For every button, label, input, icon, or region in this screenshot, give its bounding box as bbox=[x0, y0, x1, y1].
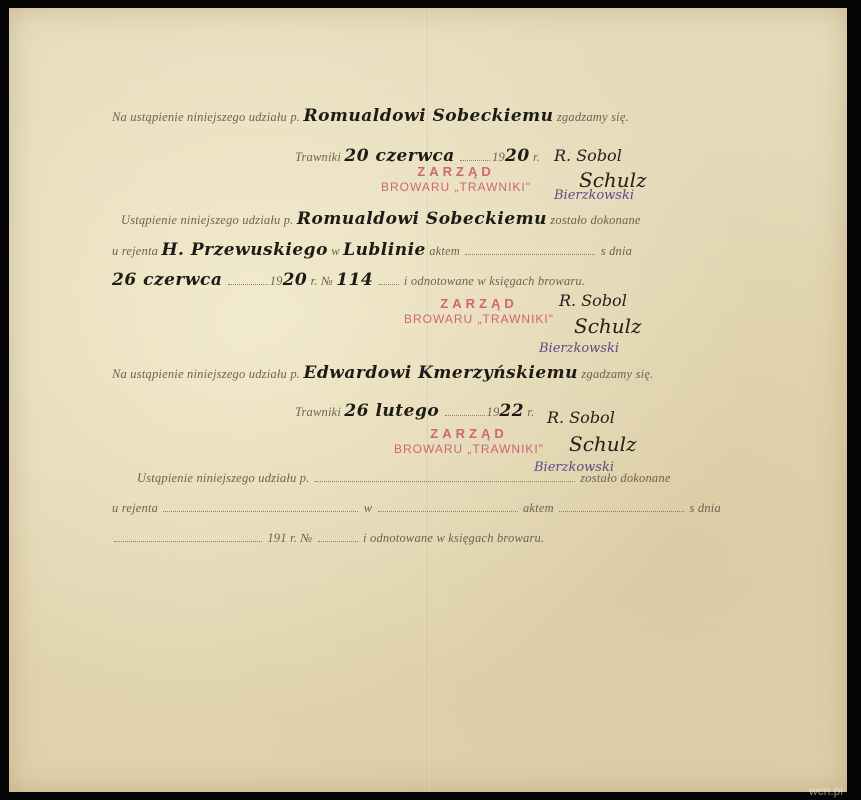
signature-sobol-3: R. Sobol bbox=[547, 408, 615, 427]
place: Trawniki bbox=[295, 150, 341, 164]
completed-prefix: Ustąpienie niniejszego udziału p. bbox=[137, 471, 310, 485]
completed-line-1: Ustąpienie niniejszego udziału p. Romual… bbox=[121, 209, 641, 229]
signature-schulz-2: Schulz bbox=[574, 314, 642, 338]
place: Trawniki bbox=[295, 405, 341, 419]
record-date: 26 czerwca bbox=[112, 270, 222, 290]
number-label: № bbox=[300, 531, 312, 545]
year-suffix: 22 bbox=[499, 401, 524, 421]
year-prefix: 19 bbox=[492, 150, 505, 164]
consent-suffix: zgadzamy się. bbox=[581, 367, 653, 381]
transferee-name: Romualdowi Sobeckiemu bbox=[297, 209, 547, 229]
date-day-month: 20 czerwca bbox=[344, 146, 454, 166]
completed-suffix: zostało dokonane bbox=[550, 213, 640, 227]
document-page: Na ustąpienie niniejszego udziału p. Rom… bbox=[9, 8, 847, 792]
stamp-line-2: BROWARU „TRAWNIKI" bbox=[404, 312, 554, 327]
year-suffix: 20 bbox=[283, 270, 308, 290]
record-number: 114 bbox=[336, 270, 373, 290]
consent-prefix: Na ustąpienie niniejszego udziału p. bbox=[112, 367, 300, 381]
year-prefix: 19 bbox=[487, 405, 500, 419]
notary-city: Lublinie bbox=[343, 240, 426, 260]
record-line-3: 191 r. № i odnotowane w księgach browaru… bbox=[112, 531, 544, 546]
completed-prefix: Ustąpienie niniejszego udziału p. bbox=[121, 213, 294, 227]
consent-suffix: zgadzamy się. bbox=[557, 110, 629, 124]
company-stamp-2: ZARZĄD BROWARU „TRAWNIKI" bbox=[404, 296, 554, 327]
date-label: s dnia bbox=[601, 244, 632, 258]
transferee-name: Edwardowi Kmerzyńskiemu bbox=[303, 363, 578, 383]
signature-bierzkowski-1: Bierzkowski bbox=[554, 188, 634, 203]
year-abbrev: r. bbox=[527, 405, 534, 419]
notary-prefix: u rejenta bbox=[112, 244, 158, 258]
consent-line-2: Na ustąpienie niniejszego udziału p. Edw… bbox=[112, 363, 653, 383]
company-stamp-1: ZARZĄD BROWARU „TRAWNIKI" bbox=[381, 164, 531, 195]
year-suffix: 20 bbox=[505, 146, 530, 166]
act-label: aktem bbox=[523, 501, 554, 515]
record-suffix: i odnotowane w księgach browaru. bbox=[404, 274, 585, 288]
date-day-month: 26 lutego bbox=[344, 401, 439, 421]
signature-bierzkowski-2: Bierzkowski bbox=[539, 341, 619, 356]
number-label: № bbox=[321, 274, 333, 288]
stamp-line-2: BROWARU „TRAWNIKI" bbox=[381, 180, 531, 195]
year-abbrev: r. bbox=[290, 531, 297, 545]
date-label: s dnia bbox=[690, 501, 721, 515]
stamp-line-1: ZARZĄD bbox=[404, 296, 554, 312]
act-label: aktem bbox=[429, 244, 460, 258]
stamp-line-1: ZARZĄD bbox=[394, 426, 544, 442]
stamp-line-1: ZARZĄD bbox=[381, 164, 531, 180]
year-prefix: 19 bbox=[270, 274, 283, 288]
watermark: wcn.pl bbox=[809, 784, 843, 798]
notary-in: w bbox=[364, 501, 373, 515]
record-line-1: 26 czerwca 1920 r. № 114 i odnotowane w … bbox=[112, 270, 585, 290]
stamp-line-2: BROWARU „TRAWNIKI" bbox=[394, 442, 544, 457]
year-abbrev: r. bbox=[311, 274, 318, 288]
record-suffix: i odnotowane w księgach browaru. bbox=[363, 531, 544, 545]
consent-line-1: Na ustąpienie niniejszego udziału p. Rom… bbox=[112, 106, 629, 126]
company-stamp-3: ZARZĄD BROWARU „TRAWNIKI" bbox=[394, 426, 544, 457]
completed-line-3: Ustąpienie niniejszego udziału p. został… bbox=[137, 471, 671, 486]
notary-line-1: u rejenta H. Przewuskiego w Lublinie akt… bbox=[112, 240, 632, 260]
date-line-2: Trawniki 26 lutego 1922 r. bbox=[295, 401, 534, 421]
signature-sobol-1: R. Sobol bbox=[554, 146, 622, 165]
notary-in: w bbox=[331, 244, 340, 258]
consent-prefix: Na ustąpienie niniejszego udziału p. bbox=[112, 110, 300, 124]
notary-prefix: u rejenta bbox=[112, 501, 158, 515]
signature-sobol-2: R. Sobol bbox=[559, 291, 627, 310]
notary-line-3: u rejenta w aktem s dnia bbox=[112, 501, 721, 516]
transferee-name: Romualdowi Sobeckiemu bbox=[303, 106, 553, 126]
notary-name: H. Przewuskiego bbox=[161, 240, 327, 260]
year-prefix: 191 bbox=[267, 531, 286, 545]
year-abbrev: r. bbox=[533, 150, 540, 164]
date-line-1: Trawniki 20 czerwca 1920 r. bbox=[295, 146, 540, 166]
signature-schulz-3: Schulz bbox=[569, 432, 637, 456]
completed-suffix: zostało dokonane bbox=[580, 471, 670, 485]
